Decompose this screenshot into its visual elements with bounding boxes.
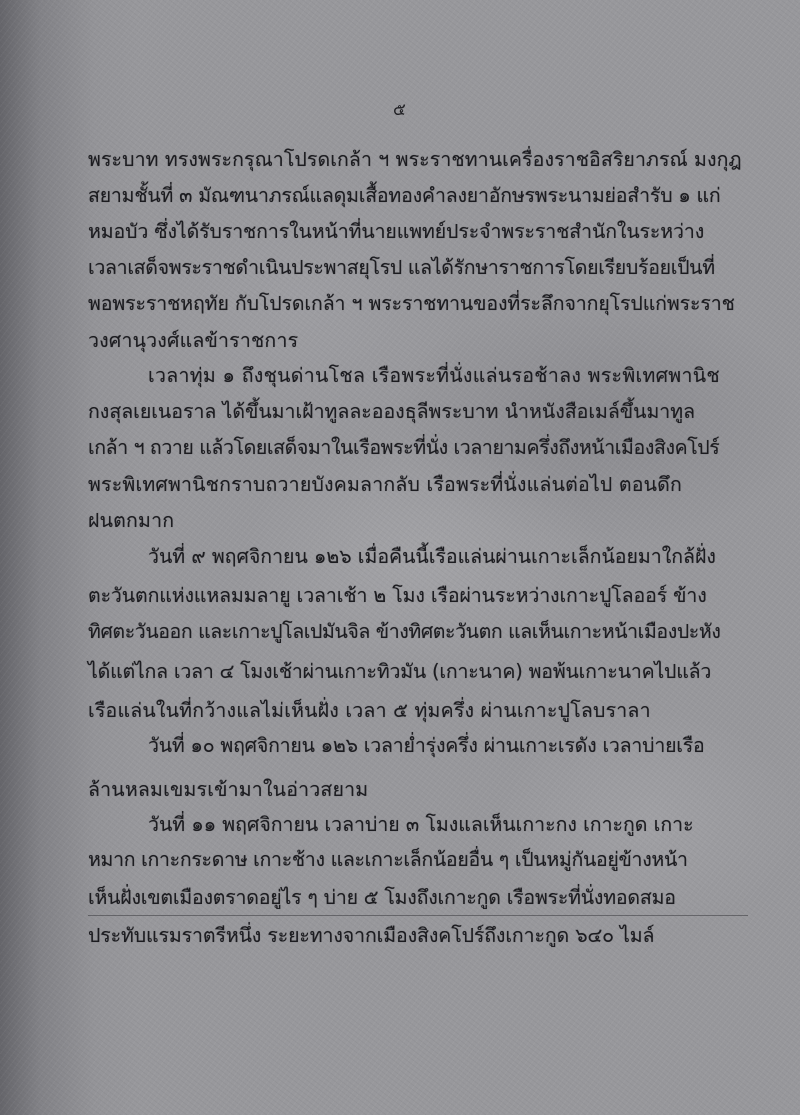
text-line: ตะวันตกแห่งแหลมมลายู เวลาเช้า ๒ โมง เรือ… — [88, 584, 707, 608]
text-line: หมอบัว ซึ่งได้รับราชการในหน้าที่นายแพทย์… — [88, 220, 704, 244]
text-line: เวลาเสด็จพระราชดำเนินประพาสยุโรป แลได้รั… — [88, 256, 715, 280]
text-line: ประทับแรมราตรีหนึ่ง ระยะทางจากเมืองสิงคโ… — [88, 924, 654, 948]
text-line: กงสุลเยเนอราล ได้ขึ้นมาเฝ้าทูลละอองธุลีพ… — [88, 400, 695, 424]
text-line: พอพระราชหฤทัย กับโปรดเกล้า ฯ พระราชทานขอ… — [88, 292, 735, 316]
paragraph-first-line: วันที่ ๑๑ พฤศจิกายน เวลาบ่าย ๓ โมงแลเห็น… — [148, 813, 694, 837]
text-line: เห็นฝั่งเขตเมืองตราดอยู่ไร ๆ บ่าย ๕ โมงถ… — [88, 886, 676, 910]
page-number: ๕ — [393, 96, 406, 123]
text-line: วงศานุวงศ์แลข้าราชการ — [88, 329, 298, 353]
paragraph-first-line: วันที่ ๑๐ พฤศจิกายน ๑๒๖ เวลาย่ำรุ่งครึ่ง… — [148, 734, 705, 758]
text-line: สยามชั้นที่ ๓ มัณฑนาภรณ์แลดุมเสื้อทองคำล… — [88, 184, 721, 208]
text-line: ล้านหลมเขมรเข้ามาในอ่าวสยาม — [88, 778, 368, 802]
text-line: ฝนตกมาก — [88, 509, 174, 533]
paragraph-first-line: เวลาทุ่ม ๑ ถึงชุนด่านโชล เรือพระที่นั่งแ… — [148, 364, 720, 388]
underline-rule — [88, 915, 748, 916]
text-line: ได้แต่ไกล เวลา ๔ โมงเช้าผ่านเกาะทิวมัน (… — [88, 660, 711, 684]
text-line: พระบาท ทรงพระกรุณาโปรดเกล้า ฯ พระราชทานเ… — [88, 148, 742, 172]
text-line: เรือแล่นในที่กว้างแลไม่เห็นฝั่ง เวลา ๕ ท… — [88, 699, 651, 723]
text-line: ทิศตะวันออก และเกาะปูโลเปมันจิล ข้างทิศต… — [88, 620, 720, 644]
text-line: หมาก เกาะกระดาษ เกาะช้าง และเกาะเล็กน้อย… — [88, 848, 688, 872]
scanned-page: ๕ พระบาท ทรงพระกรุณาโปรดเกล้า ฯ พระราชทา… — [0, 0, 800, 1115]
text-line: พระพิเทศพานิชกราบถวายบังคมลากลับ เรือพระ… — [88, 473, 682, 497]
text-line: เกล้า ฯ ถวาย แล้วโดยเสด็จมาในเรือพระที่น… — [88, 436, 719, 460]
paragraph-first-line: วันที่ ๙ พฤศจิกายน ๑๒๖ เมื่อคืนนี้เรือแล… — [148, 545, 716, 569]
